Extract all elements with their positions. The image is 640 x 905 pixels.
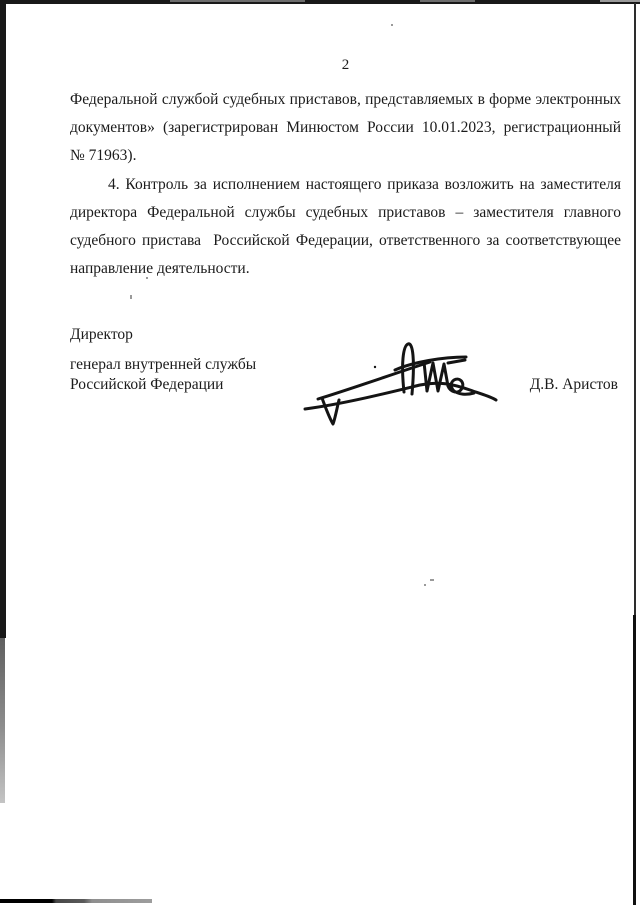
signer-rank: генерал внутренней службы Российской Фед… xyxy=(70,355,256,394)
scan-edge-top xyxy=(0,0,640,4)
signer-rank-line2: Российской Федерации xyxy=(70,375,256,395)
handwritten-signature-icon xyxy=(293,334,511,430)
body-line: директора Федеральной службы судебных пр… xyxy=(70,199,621,227)
document-page: 2 Федеральной службой судебных приставов… xyxy=(0,0,640,905)
scan-edge-notch xyxy=(600,0,640,2)
scan-edge-left xyxy=(0,0,6,638)
scan-speck xyxy=(130,295,132,299)
scan-edge-notch xyxy=(170,0,305,2)
signer-name: Д.В. Аристов xyxy=(530,376,618,394)
page-number: 2 xyxy=(70,57,621,74)
body-line: Федеральной службой судебных приставов, … xyxy=(70,86,621,114)
body-line: документов» (зарегистрирован Минюстом Ро… xyxy=(70,114,621,142)
scan-speck xyxy=(424,584,426,586)
scan-speck xyxy=(391,24,393,26)
scan-edge-bottom xyxy=(0,899,152,903)
body-line: 4. Контроль за исполнением настоящего пр… xyxy=(70,171,621,199)
body-line: № 71963). xyxy=(70,142,621,170)
scan-speck xyxy=(430,579,434,581)
scan-edge-right-dark xyxy=(633,615,636,905)
scan-edge-notch xyxy=(420,0,475,2)
body-line: судебного пристава Российской Федерации,… xyxy=(70,227,621,255)
signer-rank-line1: генерал внутренней службы xyxy=(70,355,256,375)
body-line: направление деятельности. xyxy=(70,255,621,283)
signer-position-title: Директор xyxy=(70,326,133,344)
scan-edge-left-fade xyxy=(0,638,5,803)
document-body: Федеральной службой судебных приставов, … xyxy=(70,86,621,283)
